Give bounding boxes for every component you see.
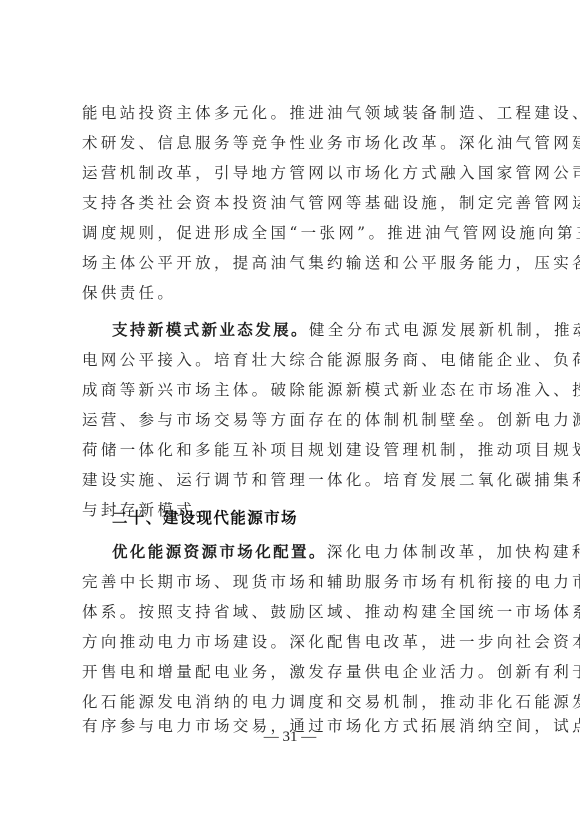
paragraph-2-line-2: 电网公平接入。培育壮大综合能源服务商、电储能企业、负荷集 [82, 345, 502, 375]
paragraph-2-line-1: 支持新模式新业态发展。健全分布式电源发展新机制，推动 [112, 315, 502, 345]
section-heading: 二十、建设现代能源市场 [112, 503, 298, 533]
paragraph-3-line-4: 方向推动电力市场建设。深化配售电改革，进一步向社会资本放 [82, 627, 502, 657]
paragraph-3-line-2: 完善中长期市场、现货市场和辅助服务市场有机衔接的电力市场 [82, 567, 502, 597]
paragraph-1-line-3: 运营机制改革，引导地方管网以市场化方式融入国家管网公司， [82, 158, 502, 188]
paragraph-3-line-5: 开售电和增量配电业务，激发存量供电企业活力。创新有利于非 [82, 657, 502, 687]
paragraph-1-line-1: 能电站投资主体多元化。推进油气领域装备制造、工程建设、技 [82, 98, 502, 128]
paragraph-2-line-5: 荷储一体化和多能互补项目规划建设管理机制，推动项目规划、 [82, 435, 502, 465]
paragraph-1-line-2: 术研发、信息服务等竞争性业务市场化改革。深化油气管网建设 [82, 128, 502, 158]
paragraph-1-line-7: 保供责任。 [82, 278, 502, 308]
paragraph-3-lead: 优化能源资源市场化配置。 [112, 542, 327, 561]
document-page: 能电站投资主体多元化。推进油气领域装备制造、工程建设、技 术研发、信息服务等竞争… [0, 0, 580, 820]
paragraph-2-first-line-rest: 健全分布式电源发展新机制，推动 [309, 321, 580, 339]
paragraph-1-line-4: 支持各类社会资本投资油气管网等基础设施，制定完善管网运行 [82, 188, 502, 218]
page-number: — 31 — [0, 729, 580, 746]
paragraph-2-line-3: 成商等新兴市场主体。破除能源新模式新业态在市场准入、投资 [82, 375, 502, 405]
paragraph-1-line-5: 调度规则，促进形成全国“一张网”。推进油气管网设施向第三方市 [82, 218, 502, 248]
paragraph-2-lead: 支持新模式新业态发展。 [112, 320, 309, 339]
paragraph-3-line-3: 体系。按照支持省域、鼓励区域、推动构建全国统一市场体系的 [82, 597, 502, 627]
paragraph-2-line-6: 建设实施、运行调节和管理一体化。培育发展二氧化碳捕集利用 [82, 465, 502, 495]
paragraph-2-line-4: 运营、参与市场交易等方面存在的体制机制壁垒。创新电力源网 [82, 405, 502, 435]
paragraph-3-line-1: 优化能源资源市场化配置。深化电力体制改革，加快构建和 [112, 537, 502, 567]
paragraph-3-first-line-rest: 深化电力体制改革，加快构建和 [327, 543, 580, 561]
paragraph-1-line-6: 场主体公平开放，提高油气集约输送和公平服务能力，压实各方 [82, 248, 502, 278]
